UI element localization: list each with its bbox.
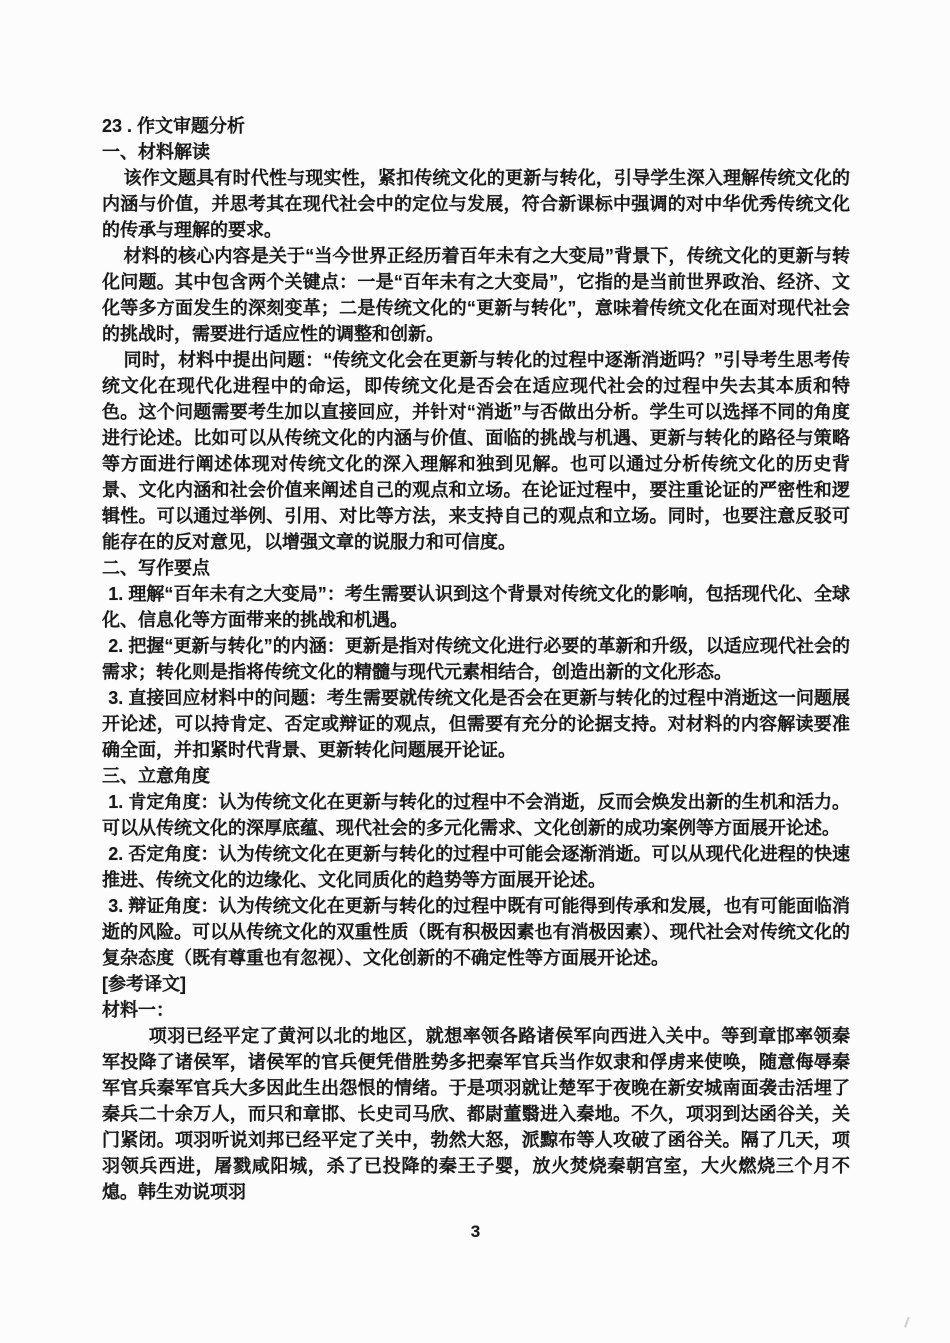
section-2-item: 3. 直接回应材料中的问题：考生需要就传统文化是否会在更新与转化的过程中消逝这一… bbox=[102, 685, 850, 763]
reference-translation-heading: [参考译文] bbox=[102, 971, 850, 997]
section-3-item: 3. 辩证角度：认为传统文化在更新与转化的过程中既有可能得到传承和发展，也有可能… bbox=[102, 893, 850, 971]
scanned-document-page: 23 . 作文审题分析 一、材料解读 该作文题具有时代性与现实性，紧扣传统文化的… bbox=[0, 0, 950, 1343]
reference-translation-paragraph: 项羽已经平定了黄河以北的地区，就想率领各路诸侯军向西进入关中。等到章邯率领秦军投… bbox=[102, 1023, 850, 1205]
section-2-item: 1. 理解“百年未有之大变局”：考生需要认识到这个背景对传统文化的影响，包括现代… bbox=[102, 581, 850, 633]
section-2-heading: 二、写作要点 bbox=[102, 555, 850, 581]
section-2-item: 2. 把握“更新与转化”的内涵：更新是指对传统文化进行必要的革新和升级，以适应现… bbox=[102, 633, 850, 685]
section-1-paragraph: 该作文题具有时代性与现实性，紧扣传统文化的更新与转化，引导学生深入理解传统文化的… bbox=[102, 165, 850, 243]
scan-artifact-mark bbox=[899, 1315, 909, 1328]
material-1-heading: 材料一： bbox=[102, 997, 850, 1023]
section-3-heading: 三、立意角度 bbox=[102, 763, 850, 789]
document-content: 23 . 作文审题分析 一、材料解读 该作文题具有时代性与现实性，紧扣传统文化的… bbox=[102, 113, 850, 1245]
section-1-paragraph: 同时，材料中提出问题：“传统文化会在更新与转化的过程中逐渐消逝吗？”引导考生思考… bbox=[102, 347, 850, 555]
section-1-paragraph: 材料的核心内容是关于“当今世界正经历着百年未有之大变局”背景下，传统文化的更新与… bbox=[102, 243, 850, 347]
section-3-item: 1. 肯定角度：认为传统文化在更新与转化的过程中不会消逝，反而会焕发出新的生机和… bbox=[102, 789, 850, 841]
page-number: 3 bbox=[102, 1219, 850, 1245]
document-title: 23 . 作文审题分析 bbox=[102, 113, 850, 139]
section-3-item: 2. 否定角度：认为传统文化在更新与转化的过程中可能会逐渐消逝。可以从现代化进程… bbox=[102, 841, 850, 893]
section-1-heading: 一、材料解读 bbox=[102, 139, 850, 165]
